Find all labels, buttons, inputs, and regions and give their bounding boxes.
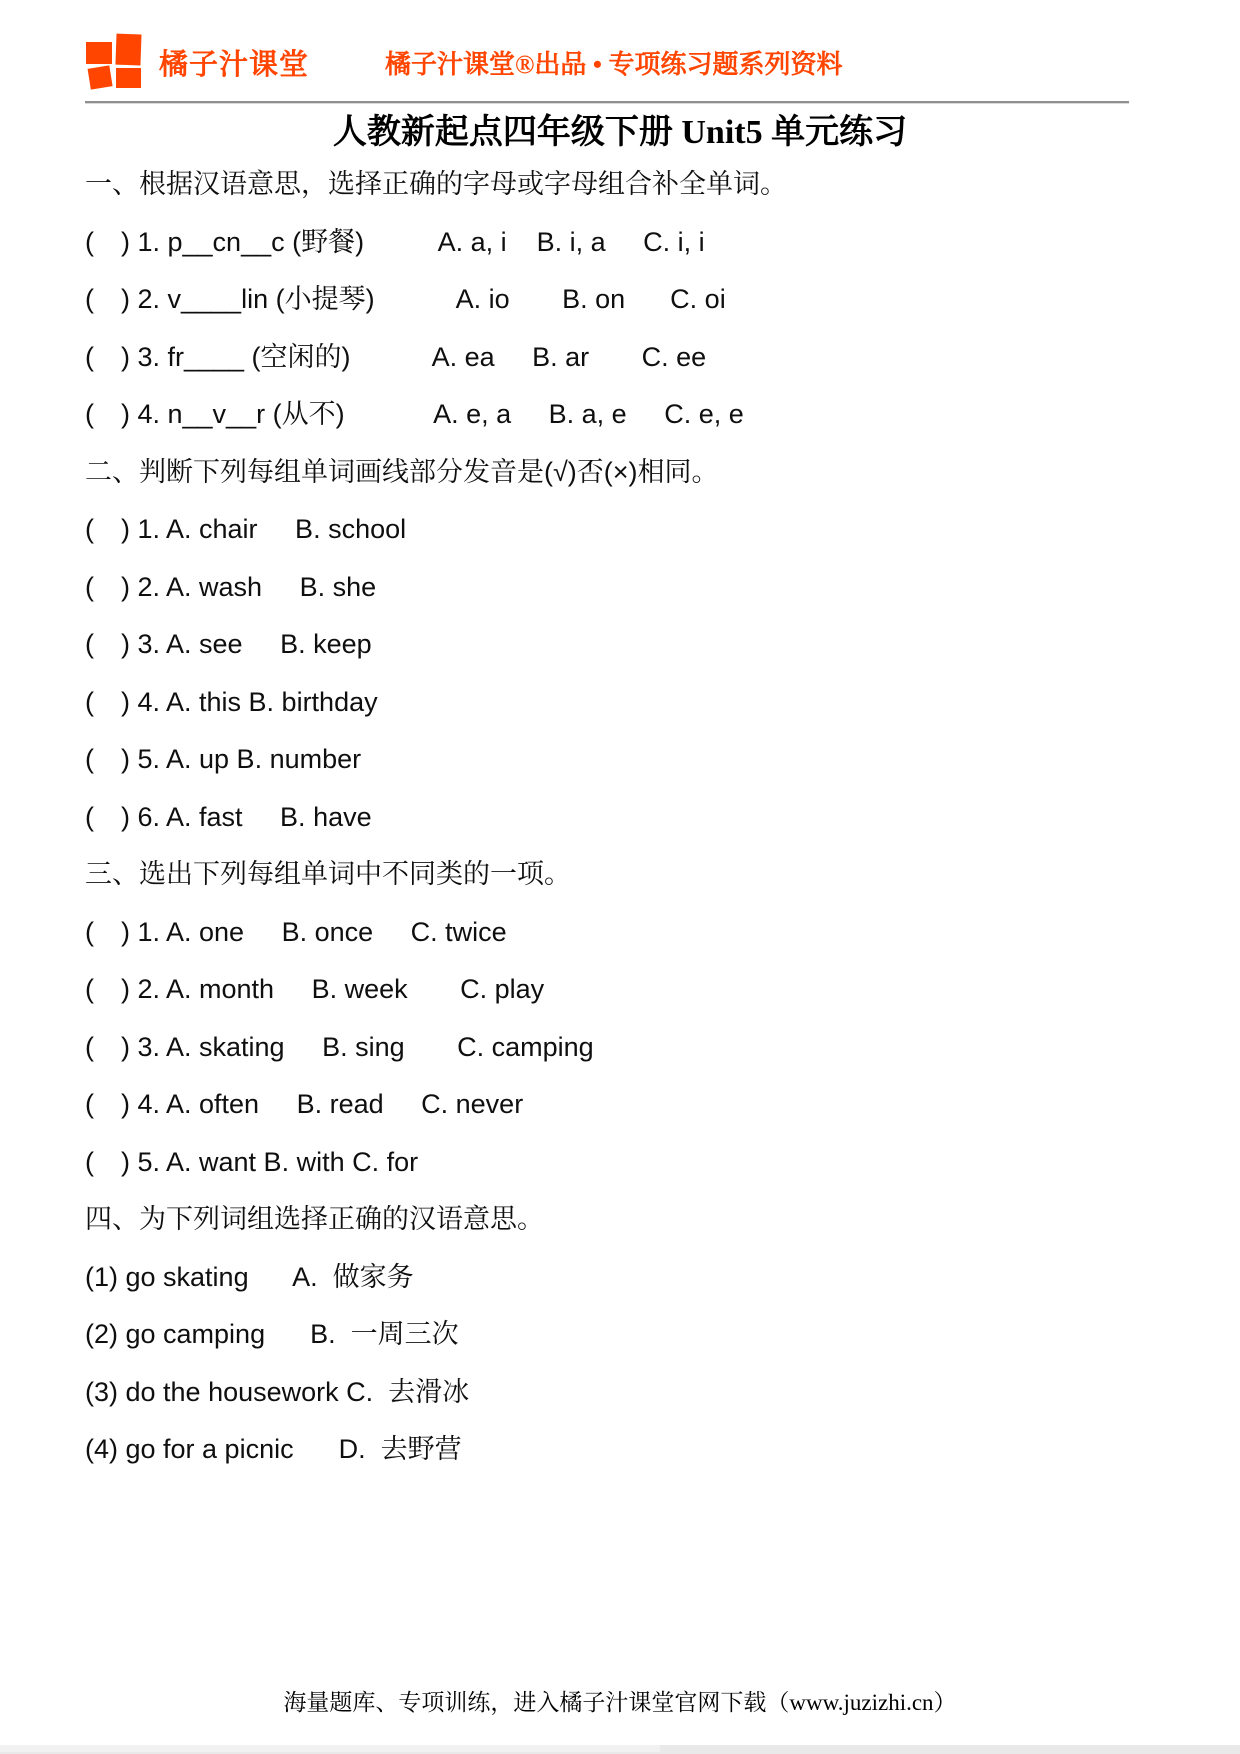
question-row: ( ) 4. A. often B. read C. never <box>85 1076 1200 1134</box>
page-header: 橘子汁课堂 橘子汁课堂®出品 • 专项练习题系列资料 <box>0 0 1240 104</box>
question-row: ( ) 3. fr____ (空闲的) A. ea B. ar C. ee <box>85 329 1200 387</box>
question-row: ( ) 2. v____lin (小提琴) A. io B. on C. oi <box>85 271 1200 329</box>
question-row: ( ) 4. A. this B. birthday <box>85 674 1200 732</box>
matching-row: (3) do the housework C. 去滑冰 <box>85 1364 1200 1422</box>
question-row: ( ) 3. A. see B. keep <box>85 616 1200 674</box>
question-row: ( ) 2. A. month B. week C. play <box>85 961 1200 1019</box>
brand-logo-text: 橘子汁课堂 <box>159 42 309 83</box>
question-row: ( ) 5. A. up B. number <box>85 731 1200 789</box>
section-3-heading: 三、选出下列每组单词中不同类的一项。 <box>85 846 1200 904</box>
question-row: ( ) 3. A. skating B. sing C. camping <box>85 1019 1200 1077</box>
section-4-heading: 四、为下列词组选择正确的汉语意思。 <box>85 1191 1200 1249</box>
footer-download-note: 海量题库、专项训练，进入橘子汁课堂官网下载（www.juzizhi.cn） <box>0 1684 1240 1717</box>
question-row: ( ) 1. A. chair B. school <box>85 501 1200 559</box>
question-row: ( ) 4. n__v__r (从不) A. e, a B. a, e C. e… <box>85 386 1200 444</box>
page-bottom-strip <box>0 1745 1240 1754</box>
worksheet-page: 橘子汁课堂 橘子汁课堂®出品 • 专项练习题系列资料 人教新起点四年级下册 Un… <box>0 0 1240 1754</box>
worksheet-body: 一、根据汉语意思，选择正确的字母或字母组合补全单词。 ( ) 1. p__cn_… <box>85 156 1200 1479</box>
section-2-heading: 二、判断下列每组单词画线部分发音是(√)否(×)相同。 <box>85 444 1200 502</box>
question-row: ( ) 5. A. want B. with C. for <box>85 1134 1200 1192</box>
matching-row: (2) go camping B. 一周三次 <box>85 1306 1200 1364</box>
matching-row: (1) go skating A. 做家务 <box>85 1249 1200 1307</box>
section-1-heading: 一、根据汉语意思，选择正确的字母或字母组合补全单词。 <box>85 156 1200 214</box>
brand-logo: 橘子汁课堂 <box>85 33 309 91</box>
question-row: ( ) 6. A. fast B. have <box>85 789 1200 847</box>
question-row: ( ) 2. A. wash B. she <box>85 559 1200 617</box>
header-slogan: 橘子汁课堂®出品 • 专项练习题系列资料 <box>385 44 1015 81</box>
question-row: ( ) 1. A. one B. once C. twice <box>85 904 1200 962</box>
question-row: ( ) 1. p__cn__c (野餐) A. a, i B. i, a C. … <box>85 214 1200 272</box>
matching-row: (4) go for a picnic D. 去野营 <box>85 1421 1200 1479</box>
page-title: 人教新起点四年级下册 Unit5 单元练习 <box>0 104 1240 153</box>
page-bottom-strip-light <box>0 1745 660 1752</box>
orange-tiles-logo-icon <box>85 33 149 91</box>
